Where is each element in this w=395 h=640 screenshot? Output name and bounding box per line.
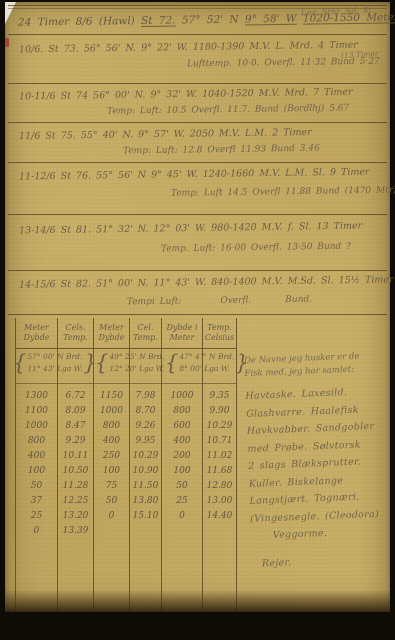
station-73-temps: Lufttemp. 10·0. Overfl. 11·32 Bund 5·27 — [187, 57, 380, 70]
table-cell: 50 — [16, 479, 57, 494]
rule-line — [8, 214, 387, 215]
station-coordinates-2: { 49° 25' N Brd. 12° 20' Lga W. — [95, 350, 165, 376]
station-74-main: 10-11/6 St 74 56° 00' N. 9° 32' W. 1040-… — [19, 87, 353, 103]
header-line: Meter — [24, 323, 49, 333]
station-72-entry: 24 Timer 8/6 (Hawl) St 72. 57° 52' N 9° … — [18, 11, 395, 28]
table-cell: 1150 — [94, 389, 129, 404]
table-cell: 0 — [162, 509, 202, 524]
table-cell: 1100 — [16, 404, 57, 419]
table-cell: 13.39 — [58, 524, 93, 539]
entry-prefix: 24 Timer 8/6 (Hawl) — [18, 15, 135, 29]
header-line: Dybde — [99, 333, 125, 343]
table-cell: 11.02 — [203, 449, 236, 464]
station-74-temps: Temp: Luft: 10.5 Overfl. 11.7. Bund (Bor… — [107, 103, 349, 116]
notes-line: Veggorme. — [272, 522, 395, 544]
table-cell: 400 — [94, 434, 129, 449]
depth-range: 1020-1550 Meter — [303, 11, 395, 24]
table-cell: 50 — [94, 494, 129, 509]
coord-lat: 47° 47' N Brd. — [179, 351, 234, 363]
rule-line — [8, 122, 387, 123]
table-cell: 11.50 — [130, 479, 161, 494]
table-cell: 15.10 — [130, 509, 161, 524]
table-cell: 11.28 — [58, 479, 93, 494]
table-cell: 10.29 — [203, 419, 236, 434]
table-cell: 100 — [94, 464, 129, 479]
header-line: Meter — [170, 333, 195, 343]
brace-open: { — [165, 350, 178, 376]
table-cell: 6.72 — [58, 389, 93, 404]
table-cell: 100 — [16, 464, 57, 479]
latitude: 57° 52' N — [182, 14, 239, 27]
coord-lon: 12° 20' Lga W. — [109, 363, 164, 375]
table-cell: 200 — [162, 449, 202, 464]
table-cell: 25 — [16, 509, 57, 524]
station-coordinates-3: { 47° 47' N Brd. 8° 00' Lga W. } — [165, 350, 241, 376]
table-cell: 12.80 — [203, 479, 236, 494]
depth-values-1: 1300110010008004001005037250 — [16, 384, 57, 539]
table-cell: 800 — [16, 434, 57, 449]
table-cell: 400 — [162, 434, 202, 449]
depth-values-2: 1150100080040025010075500 — [94, 384, 129, 524]
table-cell: 0 — [16, 524, 57, 539]
notes-line: Rejer. — [262, 550, 395, 573]
table-cell: 1300 — [16, 389, 57, 404]
table-cell: 1000 — [16, 419, 57, 434]
table-cell: 9.90 — [203, 404, 236, 419]
table-cell: 9.95 — [130, 434, 161, 449]
table-cell: 10.29 — [130, 449, 161, 464]
header-line: Dybde i — [166, 323, 197, 333]
notes-intro: De Navne jeg husker er de Fisk med, jeg … — [244, 349, 395, 381]
rule-line — [8, 34, 387, 35]
column-header: Meter Dybde — [16, 318, 57, 349]
table-cell: 600 — [162, 419, 202, 434]
temp-values-3: 9.359.9010.2910.7111.0211.6812.8013.0014… — [203, 384, 236, 524]
coord-lon: 8° 00' Lga W. — [179, 363, 234, 375]
column-header: Cels. Temp. — [58, 318, 93, 349]
column-header: Temp. Celsius — [203, 318, 236, 349]
paper-bottom-shadow — [5, 590, 390, 612]
table-cell: 9.35 — [203, 389, 236, 404]
table-cell: 13.80 — [130, 494, 161, 509]
table-cell: 400 — [16, 449, 57, 464]
table-cell: 37 — [16, 494, 57, 509]
table-cell: 9.29 — [58, 434, 93, 449]
rule-line — [8, 314, 387, 315]
temp-values-2: 7.988.709.269.9510.2910.9011.5013.8015.1… — [130, 384, 161, 524]
rule-line — [8, 270, 387, 271]
coord-lat: 57° 00' N Brd. — [27, 351, 82, 363]
brace-open: { — [95, 350, 108, 376]
table-cell: 1000 — [94, 404, 129, 419]
station-75-temps: Temp: Luft: 12.8 Overfl 11.93 Bund 3.46 — [123, 144, 320, 157]
station-number: St 72. — [141, 14, 176, 26]
table-cell: 10.11 — [58, 449, 93, 464]
station-73-main: 10/6. St 73. 56° 56' N. 9° 22' W. 1180-1… — [19, 40, 358, 56]
header-line: Temp. — [133, 333, 158, 343]
longitude: 9° 58' W — [245, 13, 297, 26]
station-81-main: 13-14/6 St 81. 51° 32' N. 12° 03' W. 980… — [19, 221, 362, 237]
table-cell: 8.47 — [58, 419, 93, 434]
header-line: Temp. — [63, 333, 88, 343]
table-cell: 25 — [162, 494, 202, 509]
depth-values-3: 100080060040020010050250 — [162, 384, 202, 524]
table-cell: 7.98 — [130, 389, 161, 404]
station-76-main: 11-12/6 St 76. 55° 56' N 9° 45' W. 1240-… — [19, 167, 370, 183]
coord-lon: 11° 43' Lga W. — [27, 363, 82, 375]
table-cell: 9.26 — [130, 419, 161, 434]
column-header: Meter Dybde — [94, 318, 129, 349]
table-cell: 14.40 — [203, 509, 236, 524]
rule-line — [8, 162, 387, 163]
header-line: Dybde — [24, 333, 50, 343]
column-header: Dybde i Meter — [162, 318, 202, 349]
station-82-main: 14-15/6 St 82. 51° 00' N. 11° 43' W. 840… — [19, 274, 394, 290]
station-76-temps: Temp: Luft 14.5 Overfl 11.88 Bund (1470 … — [171, 185, 395, 198]
header-line: Celsius — [205, 333, 234, 343]
logbook-page: Lov. Sthl. Sd. St. 24 Timer 8/6 (Hawl) S… — [5, 2, 390, 612]
table-cell: 100 — [162, 464, 202, 479]
station-coordinates-1: { 57° 00' N Brd. 11° 43' Lga W. } — [13, 350, 95, 376]
table-cell: 12.25 — [58, 494, 93, 509]
station-75-main: 11/6 St 75. 55° 40' N. 9° 57' W. 2050 M.… — [19, 127, 312, 142]
table-cell: 50 — [162, 479, 202, 494]
column-header: Cel. Temp. — [130, 318, 161, 349]
table-cell: 13.00 — [203, 494, 236, 509]
coord-lat: 49° 25' N Brd. — [109, 351, 164, 363]
station-81-temps: Temp. Luft: 16·00 Overfl. 13·50 Bund ? — [161, 242, 351, 255]
table-cell: 10.50 — [58, 464, 93, 479]
brace-open: { — [13, 350, 26, 376]
table-cell: 11.68 — [203, 464, 236, 479]
rule-line — [8, 83, 387, 84]
table-cell: 8.70 — [130, 404, 161, 419]
header-line: Temp. — [207, 323, 232, 333]
header-line: Cel. — [138, 323, 154, 333]
header-line: Meter — [99, 323, 124, 333]
table-cell: 75 — [94, 479, 129, 494]
photo-backdrop: Lov. Sthl. Sd. St. 24 Timer 8/6 (Hawl) S… — [0, 0, 395, 640]
table-cell: 8.09 — [58, 404, 93, 419]
table-cell: 10.71 — [203, 434, 236, 449]
notes-fish-list: De Navne jeg husker er de Fisk med, jeg … — [244, 349, 395, 573]
table-cell: 10.90 — [130, 464, 161, 479]
table-cell: 0 — [94, 509, 129, 524]
table-cell: 1000 — [162, 389, 202, 404]
table-cell: 250 — [94, 449, 129, 464]
station-82-temps: Tempi Luft: Overfl. Bund. — [127, 295, 312, 308]
red-edge-mark — [5, 38, 9, 47]
table-cell: 800 — [94, 419, 129, 434]
header-line: Cels. — [65, 323, 85, 333]
table-cell: 13.20 — [58, 509, 93, 524]
table-cell: 800 — [162, 404, 202, 419]
temp-values-1: 6.728.098.479.2910.1110.5011.2812.2513.2… — [58, 384, 93, 539]
